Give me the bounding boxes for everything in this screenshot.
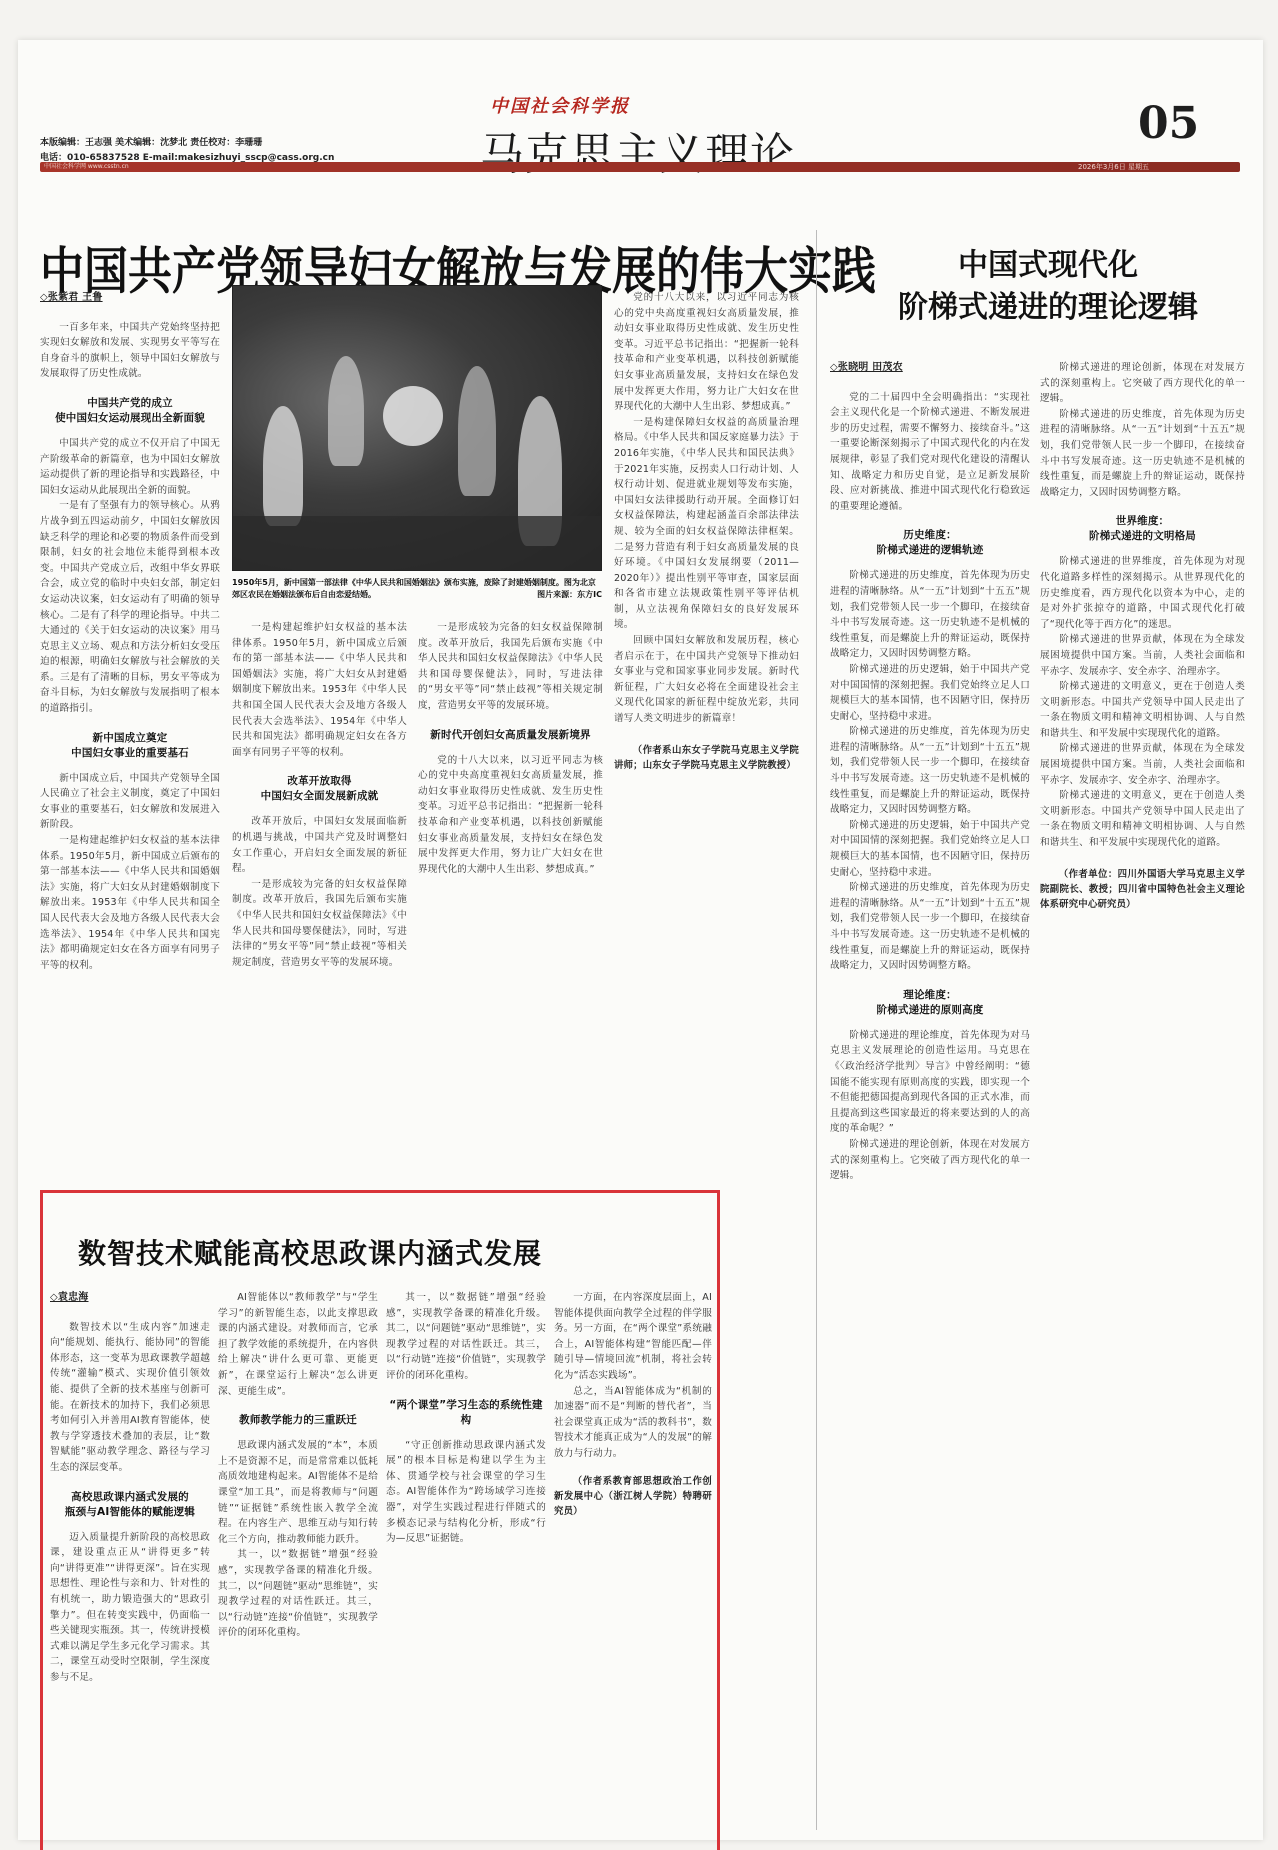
article2-section1-heading: 历史维度： 阶梯式递进的逻辑轨迹 xyxy=(830,528,1030,558)
credits-line-editors: 本版编辑：王志强 美术编辑：沈梦北 责任校对：李珊珊 xyxy=(40,136,334,151)
article3-section3-p2: 一方面，在内容深度层面上，AI智能体提供面向教学全过程的伴学服务。另一方面，在“… xyxy=(554,1290,712,1384)
article1-section2-heading: 新中国成立奠定 中国妇女事业的重要基石 xyxy=(40,731,220,761)
column-divider xyxy=(816,230,817,1830)
article1-section4-p1: 党的十八大以来，以习近平同志为核心的党中央高度重视妇女高质量发展，推动妇女事业取… xyxy=(418,753,603,878)
article3-section3-p3: 总之，当AI智能体成为“机制的加速器”而不是“判断的替代者”，当社会课堂真正成为… xyxy=(554,1384,712,1462)
article1-section3-heading: 改革开放取得 中国妇女全面发展新成就 xyxy=(232,774,407,804)
article1-column-4: 党的十八大以来，以习近平同志为核心的党中央高度重视妇女高质量发展，推动妇女事业取… xyxy=(614,290,799,1180)
article1-byline: ◇张紫君 王鲁 xyxy=(40,290,220,306)
article1-column-3: 一是形成较为完备的妇女权益保障制度。改革开放后，我国先后颁布实施《中华人民共和国… xyxy=(418,620,603,1180)
article3-column-2: AI智能体以“教师教学”与“学生学习”的新智能生态，以此支撑思政课的内涵式建设。… xyxy=(218,1290,378,1845)
article2-section1-p2: 阶梯式递进的历史逻辑，始于中国共产党对中国国情的深刻把握。我们党始终立足人口规模… xyxy=(830,662,1030,724)
article1-section1-heading: 中国共产党的成立 使中国妇女运动展现出全新面貌 xyxy=(40,396,220,426)
article2-section3-p3: 阶梯式递进的文明意义，更在于创造人类文明新形态。中国共产党领导中国人民走出了一条… xyxy=(1040,679,1245,741)
page-number: 05 xyxy=(1138,98,1199,149)
article2-section1-p1: 阶梯式递进的历史维度，首先体现为历史进程的清晰脉络。从“一五”计划到“十五五”规… xyxy=(830,568,1030,662)
masthead-red-rule xyxy=(40,162,1240,172)
article3-column-4: 一方面，在内容深度层面上，AI智能体提供面向教学全过程的伴学服务。另一方面，在“… xyxy=(554,1290,712,1845)
section-title: 马克思主义理论 xyxy=(480,118,795,182)
article2-column-2: 阶梯式递进的理论创新，体现在对发展方式的深刻重构上。它突破了西方现代化的单一逻辑… xyxy=(1040,360,1245,1830)
article1-column-2: 一是构建起维护妇女权益的基本法律体系。1950年5月，新中国成立后颁布的第一部基… xyxy=(232,620,407,1180)
article3-title: 数智技术赋能高校思政课内涵式发展 xyxy=(78,1232,542,1272)
article1-lead: 一百多年来，中国共产党始终坚持把实现妇女解放和发展、实现男女平等写在自身奋斗的旗… xyxy=(40,320,220,382)
article2-lead: 党的二十届四中全会明确指出：“实现社会主义现代化是一个阶梯式递进、不断发展进步的… xyxy=(830,390,1030,515)
article3-section3-p1: “守正创新推动思政课内涵式发展”的根本目标是构建以学生为主体、贯通学校与社会课堂… xyxy=(386,1438,546,1547)
article2-section1-p4: 阶梯式递进的历史逻辑，始于中国共产党对中国国情的深刻把握。我们党始终立足人口规模… xyxy=(830,818,1030,880)
article2-column-1: ◇张晓明 田茂农 党的二十届四中全会明确指出：“实现社会主义现代化是一个阶梯式递… xyxy=(830,360,1030,1830)
article1-section2-p1: 新中国成立后，中国共产党领导全国人民确立了社会主义制度，奠定了中国妇女事业的重要… xyxy=(40,771,220,833)
article3-section1-p1: 迈入质量提升新阶段的高校思政课，建设重点正从“讲得更多”转向“讲得更准”“讲得更… xyxy=(50,1530,210,1686)
article3-section2-p2: 其一，以“数据链”增强“经验感”，实现教学备课的精准化升级。其二，以“问题链”驱… xyxy=(218,1547,378,1641)
historical-photo xyxy=(232,285,602,571)
article2-section1-p5: 阶梯式递进的历史维度，首先体现为历史进程的清晰脉络。从“一五”计划到“十五五”规… xyxy=(830,880,1030,974)
article1-section2-continued: 一是构建起维护妇女权益的基本法律体系。1950年5月，新中国成立后颁布的第一部基… xyxy=(232,620,407,760)
article1-section2-p2: 一是构建起维护妇女权益的基本法律体系。1950年5月，新中国成立后颁布的第一部基… xyxy=(40,833,220,973)
article1-section4-p3: 回顾中国妇女解放和发展历程，核心者启示在于，在中国共产党领导下推动妇女事业与党和… xyxy=(614,633,799,727)
article1-section3-p2: 一是形成较为完备的妇女权益保障制度。改革开放后，我国先后颁布实施《中华人民共和国… xyxy=(232,877,407,971)
article1-section1-p1: 中国共产党的成立不仅开启了中国无产阶级革命的新篇章，也为中国妇女解放运动提供了新… xyxy=(40,436,220,498)
article1-column-1: ◇张紫君 王鲁 一百多年来，中国共产党始终坚持把实现妇女解放和发展、实现男女平等… xyxy=(40,290,220,1180)
article3-author-note: （作者系教育部思想政治工作创新发展中心（浙江树人学院）特聘研究员） xyxy=(554,1474,712,1519)
article3-section2-p1: 思政课内涵式发展的“本”，本质上不是资源不足，而是常常难以低耗高质效地建构起来。… xyxy=(218,1438,378,1547)
article2-section3-p2: 阶梯式递进的世界贡献，体现在为全球发展困境提供中国方案。当前，人类社会面临和平赤… xyxy=(1040,632,1245,679)
article2-section2-p1: 阶梯式递进的理论维度，首先体现为对马克思主义发展理论的创造性运用。马克思在《〈政… xyxy=(830,1028,1030,1137)
article2-section2-heading: 理论维度： 阶梯式递进的原则高度 xyxy=(830,988,1030,1018)
article3-column-1: ◇袁忠海 数智技术以“生成内容”加速走向“能规划、能执行、能协同”的智能体形态，… xyxy=(50,1290,210,1845)
article2-section3-heading: 世界维度： 阶梯式递进的文明格局 xyxy=(1040,514,1245,544)
article3-section1-heading: 高校思政课内涵式发展的 瓶颈与AI智能体的赋能逻辑 xyxy=(50,1490,210,1520)
article2-section3-p4: 阶梯式递进的世界贡献，体现在为全球发展困境提供中国方案。当前，人类社会面临和平赤… xyxy=(1040,741,1245,788)
photo-caption: 1950年5月，新中国第一部法律《中华人民共和国婚姻法》颁布实施，废除了封建婚姻… xyxy=(232,577,602,601)
article1-section4-heading: 新时代开创妇女高质量发展新境界 xyxy=(418,728,603,743)
article1-section3-p1: 改革开放后，中国妇女发展面临新的机遇与挑战，中国共产党及时调整妇女工作重心，开启… xyxy=(232,814,407,876)
article3-lead: 数智技术以“生成内容”加速走向“能规划、能执行、能协同”的智能体形态，这一变革为… xyxy=(50,1320,210,1476)
article2-section3-p5: 阶梯式递进的文明意义，更在于创造人类文明新形态。中国共产党领导中国人民走出了一条… xyxy=(1040,788,1245,850)
article3-byline: ◇袁忠海 xyxy=(50,1290,210,1306)
article3-section2-continued: 其一，以“数据链”增强“经验感”，实现教学备课的精准化升级。其二，以“问题链”驱… xyxy=(386,1290,546,1384)
issue-date: 2026年3月6日 星期五 xyxy=(1078,162,1149,172)
newspaper-page: 本版编辑：王志强 美术编辑：沈梦北 责任校对：李珊珊 电话：010-658375… xyxy=(18,40,1263,1840)
article2-section1-continued-2: 阶梯式递进的历史维度，首先体现为历史进程的清晰脉络。从“一五”计划到“十五五”规… xyxy=(1040,407,1245,501)
photo-credit: 图片来源：东方IC xyxy=(537,589,602,601)
article2-author-note: （作者单位：四川外国语大学马克思主义学院副院长、教授；四川省中国特色社会主义理论… xyxy=(1040,867,1245,912)
article3-section2-heading: 教师教学能力的三重跃迁 xyxy=(218,1413,378,1428)
article1-section1-p2: 一是有了坚强有力的领导核心。从鸦片战争到五四运动前夕，中国妇女解放因缺乏科学的理… xyxy=(40,498,220,716)
article1-author-note: （作者系山东女子学院马克思主义学院讲师；山东女子学院马克思主义学院教授） xyxy=(614,743,799,773)
site-label: 中国社会科学网 www.csstn.cn xyxy=(44,162,129,172)
article2-byline: ◇张晓明 田茂农 xyxy=(830,360,1030,376)
article2-section3-p1: 阶梯式递进的世界维度，首先体现为对现代化道路多样性的深刻揭示。从世界现代化的历史… xyxy=(1040,554,1245,632)
newspaper-brand: 中国社会科学报 xyxy=(490,92,630,118)
article1-section4-p2: 一是构建保障妇女权益的高质量治理格局。《中华人民共和国反家庭暴力法》于2016年… xyxy=(614,415,799,633)
article2-title: 中国式现代化 阶梯式递进的理论逻辑 xyxy=(848,245,1248,329)
article3-section3-heading: “两个课堂”学习生态的系统性建构 xyxy=(386,1398,546,1428)
article1-section3-continued: 一是形成较为完备的妇女权益保障制度。改革开放后，我国先后颁布实施《中华人民共和国… xyxy=(418,620,603,714)
article2-title-line2: 阶梯式递进的理论逻辑 xyxy=(848,287,1248,329)
article3-column-3: 其一，以“数据链”增强“经验感”，实现教学备课的精准化升级。其二，以“问题链”驱… xyxy=(386,1290,546,1845)
article1-section4-p1b: 党的十八大以来，以习近平同志为核心的党中央高度重视妇女高质量发展，推动妇女事业取… xyxy=(614,290,799,415)
article3-section1-p2: AI智能体以“教师教学”与“学生学习”的新智能生态，以此支撑思政课的内涵式建设。… xyxy=(218,1290,378,1399)
article2-section1-continued: 阶梯式递进的理论创新，体现在对发展方式的深刻重构上。它突破了西方现代化的单一逻辑… xyxy=(1040,360,1245,407)
article2-title-line1: 中国式现代化 xyxy=(848,245,1248,287)
article2-section1-p3: 阶梯式递进的历史维度，首先体现为历史进程的清晰脉络。从“一五”计划到“十五五”规… xyxy=(830,724,1030,818)
article2-section2-p2: 阶梯式递进的理论创新，体现在对发展方式的深刻重构上。它突破了西方现代化的单一逻辑… xyxy=(830,1137,1030,1184)
